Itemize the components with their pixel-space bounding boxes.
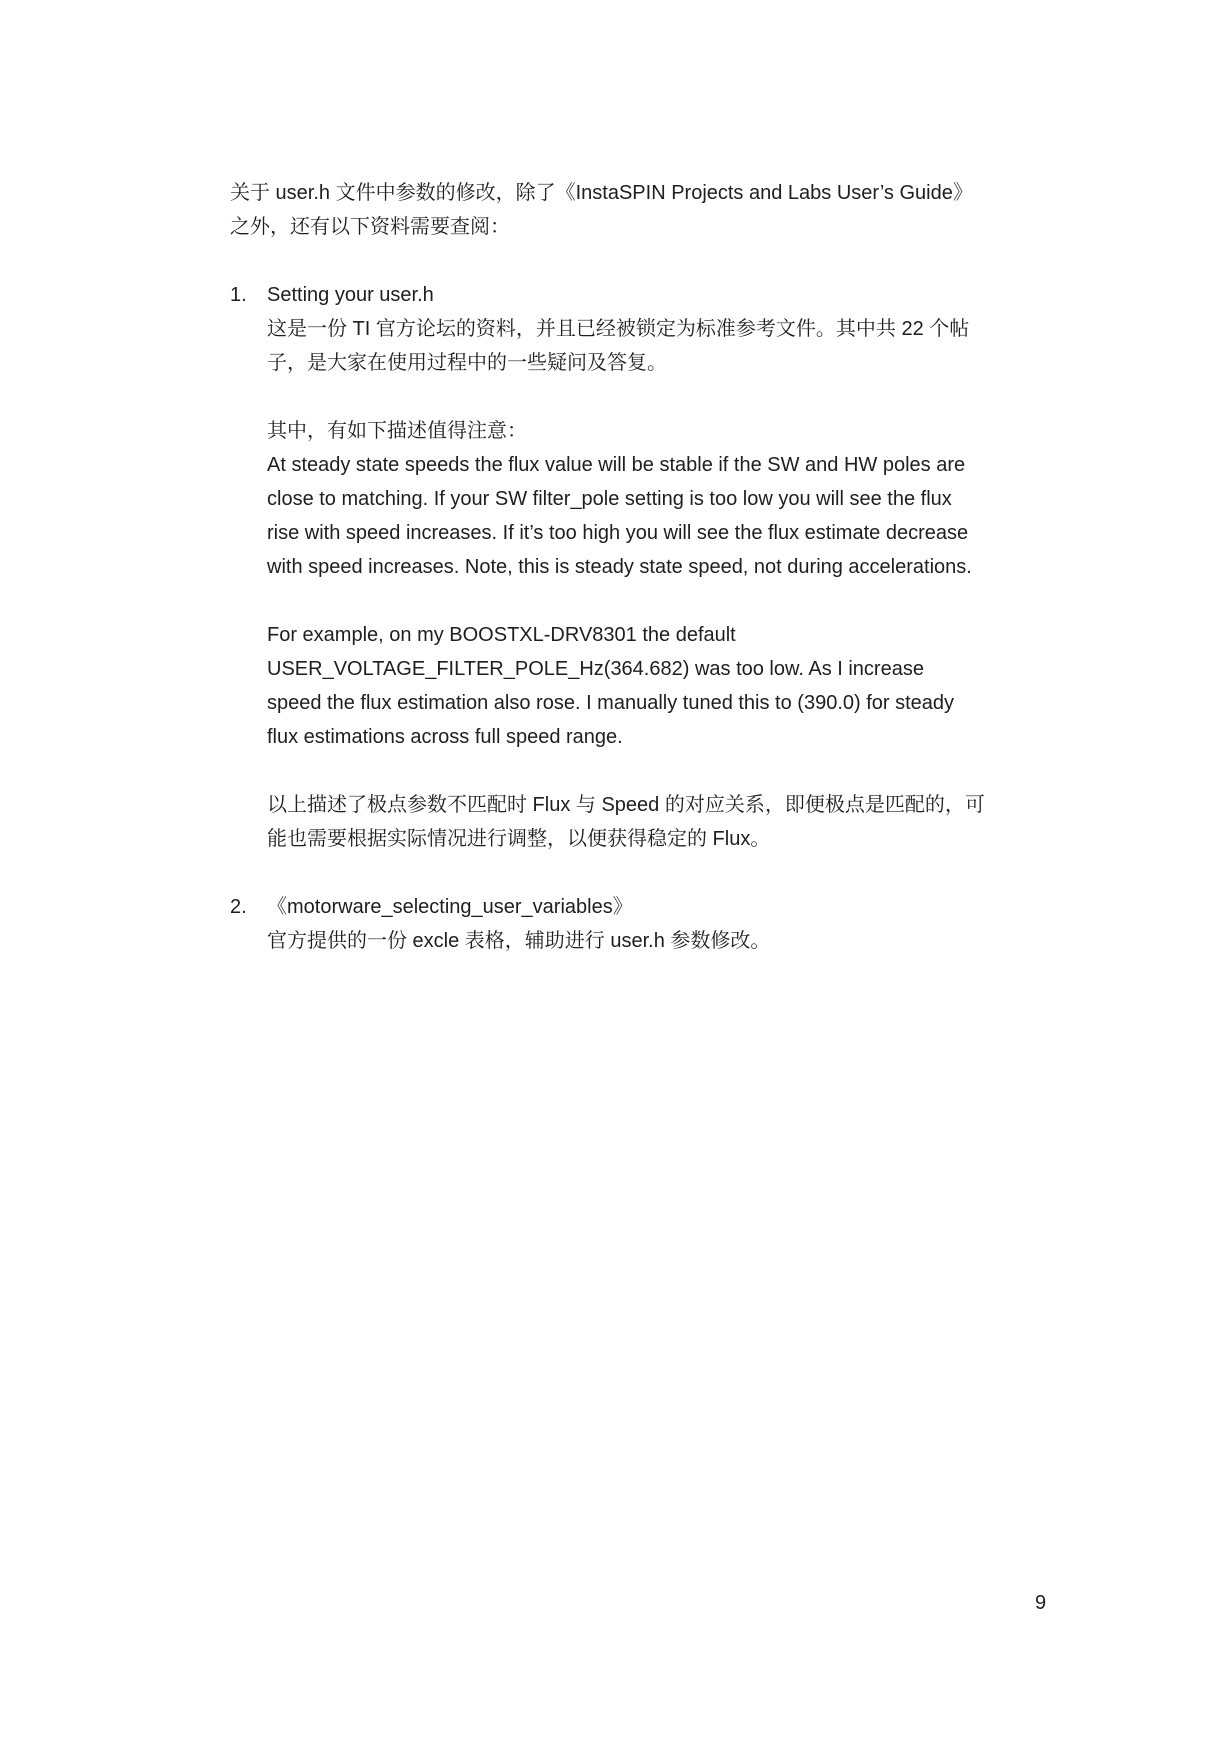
page-number: 9 — [1035, 1586, 1046, 1620]
list-item-1-paragraph-example: For example, on my BOOSTXL-DRV8301 the d… — [267, 618, 1040, 754]
list-item-1: 1. Setting your user.h 这是一份 TI 官方论坛的资料，并… — [230, 278, 1040, 856]
list-item-2-paragraph-excel: 官方提供的一份 excle 表格，辅助进行 user.h 参数修改。 — [267, 924, 1040, 958]
list-item-1-paragraph-forum-resource: 这是一份 TI 官方论坛的资料，并且已经被锁定为标准参考文件。其中共 22 个帖… — [267, 312, 1040, 380]
intro-paragraph: 关于 user.h 文件中参数的修改，除了《InstaSPIN Projects… — [230, 176, 1040, 244]
list-item-1-body: Setting your user.h 这是一份 TI 官方论坛的资料，并且已经… — [267, 278, 1040, 856]
list-item-2-number: 2. — [230, 890, 247, 924]
document-page: 关于 user.h 文件中参数的修改，除了《InstaSPIN Projects… — [0, 0, 1230, 1739]
list-item-2-body: 《motorware_selecting_user_variables》 官方提… — [267, 890, 1040, 958]
list-item-2: 2. 《motorware_selecting_user_variables》 … — [230, 890, 1040, 958]
list-item-1-paragraph-flux-note: 其中，有如下描述值得注意：At steady state speeds the … — [267, 414, 1040, 584]
page-content: 关于 user.h 文件中参数的修改，除了《InstaSPIN Projects… — [230, 176, 1040, 958]
list-item-1-title: Setting your user.h — [267, 278, 1040, 312]
list-item-1-number: 1. — [230, 278, 247, 312]
list-item-2-title: 《motorware_selecting_user_variables》 — [267, 890, 1040, 924]
list-item-1-paragraph-summary: 以上描述了极点参数不匹配时 Flux 与 Speed 的对应关系，即便极点是匹配… — [267, 788, 1040, 856]
